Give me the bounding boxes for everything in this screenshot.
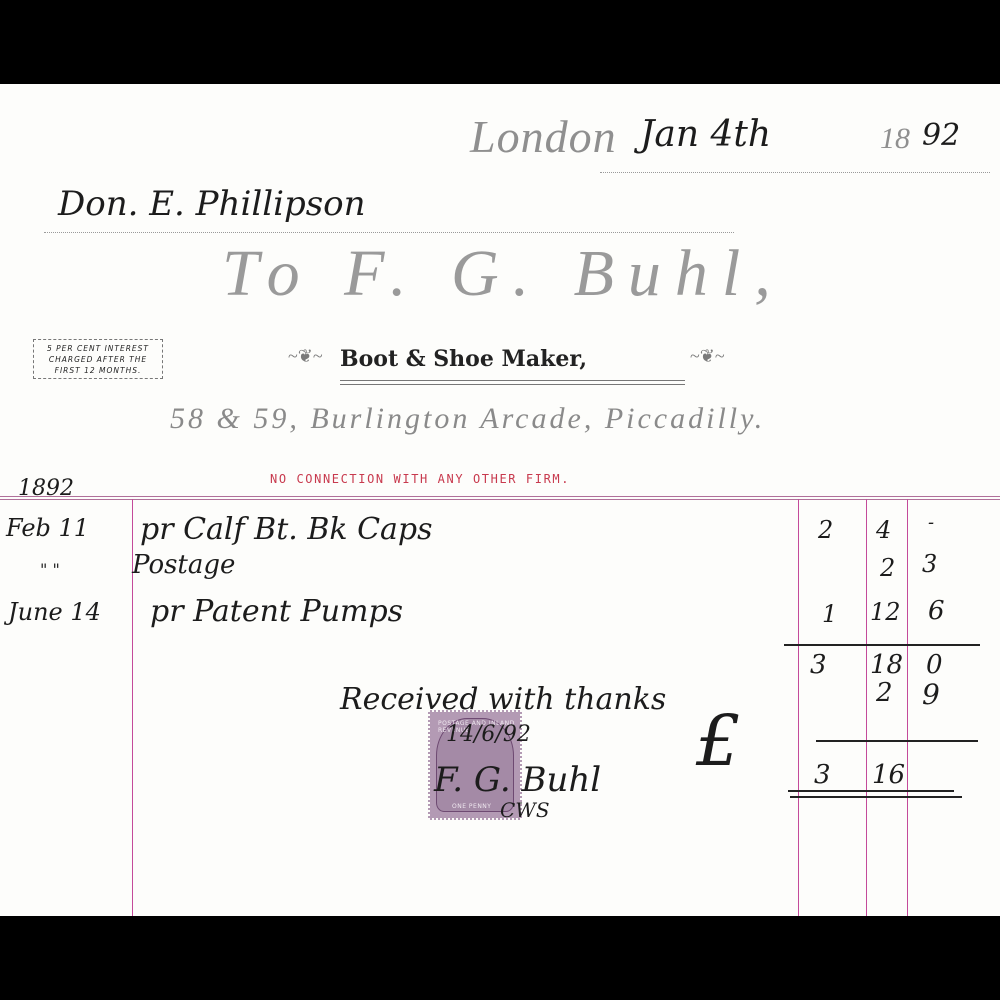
row-2-pence: 3: [922, 550, 937, 578]
to-merchant-title: To F. G. Buhl,: [222, 236, 785, 312]
trade-title: Boot & Shoe Maker,: [340, 346, 587, 372]
year-printed: 18: [880, 122, 910, 156]
row-2-description: Postage: [132, 550, 235, 580]
total-rule-1: [788, 790, 954, 792]
subtotal-pence: 0: [926, 650, 943, 680]
row-1-description: pr Calf Bt. Bk Caps: [140, 512, 433, 547]
recipient-handwritten: Don. E. Phillipson: [58, 184, 366, 224]
row-3-shillings: 12: [870, 598, 901, 626]
receipt-signature: F. G. Buhl: [434, 760, 601, 800]
row-1-pence: -: [928, 512, 934, 533]
pounds-column-rule: [798, 499, 799, 916]
row-3-pence: 6: [928, 596, 945, 626]
pound-symbol: £: [696, 700, 741, 782]
billhead-paper: London Jan 4th 18 92 Don. E. Phillipson …: [0, 84, 1000, 916]
interest-line-2: CHARGED AFTER THE: [34, 354, 162, 365]
year-handwritten: 92: [922, 118, 960, 153]
place-printed: London: [470, 110, 617, 163]
merchant-address: 58 & 59, Burlington Arcade, Piccadilly.: [170, 402, 765, 436]
row-3-date: June 14: [8, 598, 101, 626]
subtotal-shillings: 18: [870, 650, 903, 680]
right-flourish-icon: ~❦~: [690, 346, 725, 367]
total-pounds: 3: [814, 760, 831, 790]
row-2-shillings: 2: [880, 554, 895, 582]
shillings-column-rule: [866, 499, 867, 916]
row-1-date: Feb 11: [6, 514, 89, 542]
row-1-shillings: 4: [876, 516, 891, 544]
disclaimer-text: NO CONNECTION WITH ANY OTHER FIRM.: [270, 472, 570, 486]
row-2-date: " ": [40, 560, 60, 579]
trade-underline: [340, 380, 685, 385]
receipt-initials: CWS: [500, 798, 550, 822]
pence-column-rule: [907, 499, 908, 916]
discount-shillings: 2: [876, 678, 893, 708]
discount-rule: [816, 740, 978, 742]
date-dotted-line: [600, 172, 990, 173]
row-3-description: pr Patent Pumps: [150, 594, 403, 629]
recipient-dotted-line: [44, 232, 734, 233]
row-1-pounds: 2: [818, 516, 833, 544]
ledger-top-rule-1: [0, 496, 1000, 497]
interest-line-1: 5 PER CENT INTEREST: [34, 343, 162, 354]
stamp-cancel-date: 14/6/92: [446, 722, 531, 747]
discount-pence: 9: [922, 678, 940, 711]
subtotal-rule: [784, 644, 980, 646]
stamp-bottom-text: ONE PENNY: [452, 803, 491, 810]
total-rule-2: [790, 796, 962, 798]
left-flourish-icon: ~❦~: [288, 346, 323, 367]
ledger-year-note: 1892: [18, 476, 74, 501]
ledger-top-rule-2: [0, 499, 1000, 500]
date-handwritten: Jan 4th: [640, 114, 771, 155]
total-shillings: 16: [872, 760, 905, 790]
subtotal-pounds: 3: [810, 650, 827, 680]
interest-line-3: FIRST 12 MONTHS.: [34, 365, 162, 376]
interest-notice-box: 5 PER CENT INTEREST CHARGED AFTER THE FI…: [33, 339, 163, 379]
row-3-pounds: 1: [822, 600, 837, 628]
